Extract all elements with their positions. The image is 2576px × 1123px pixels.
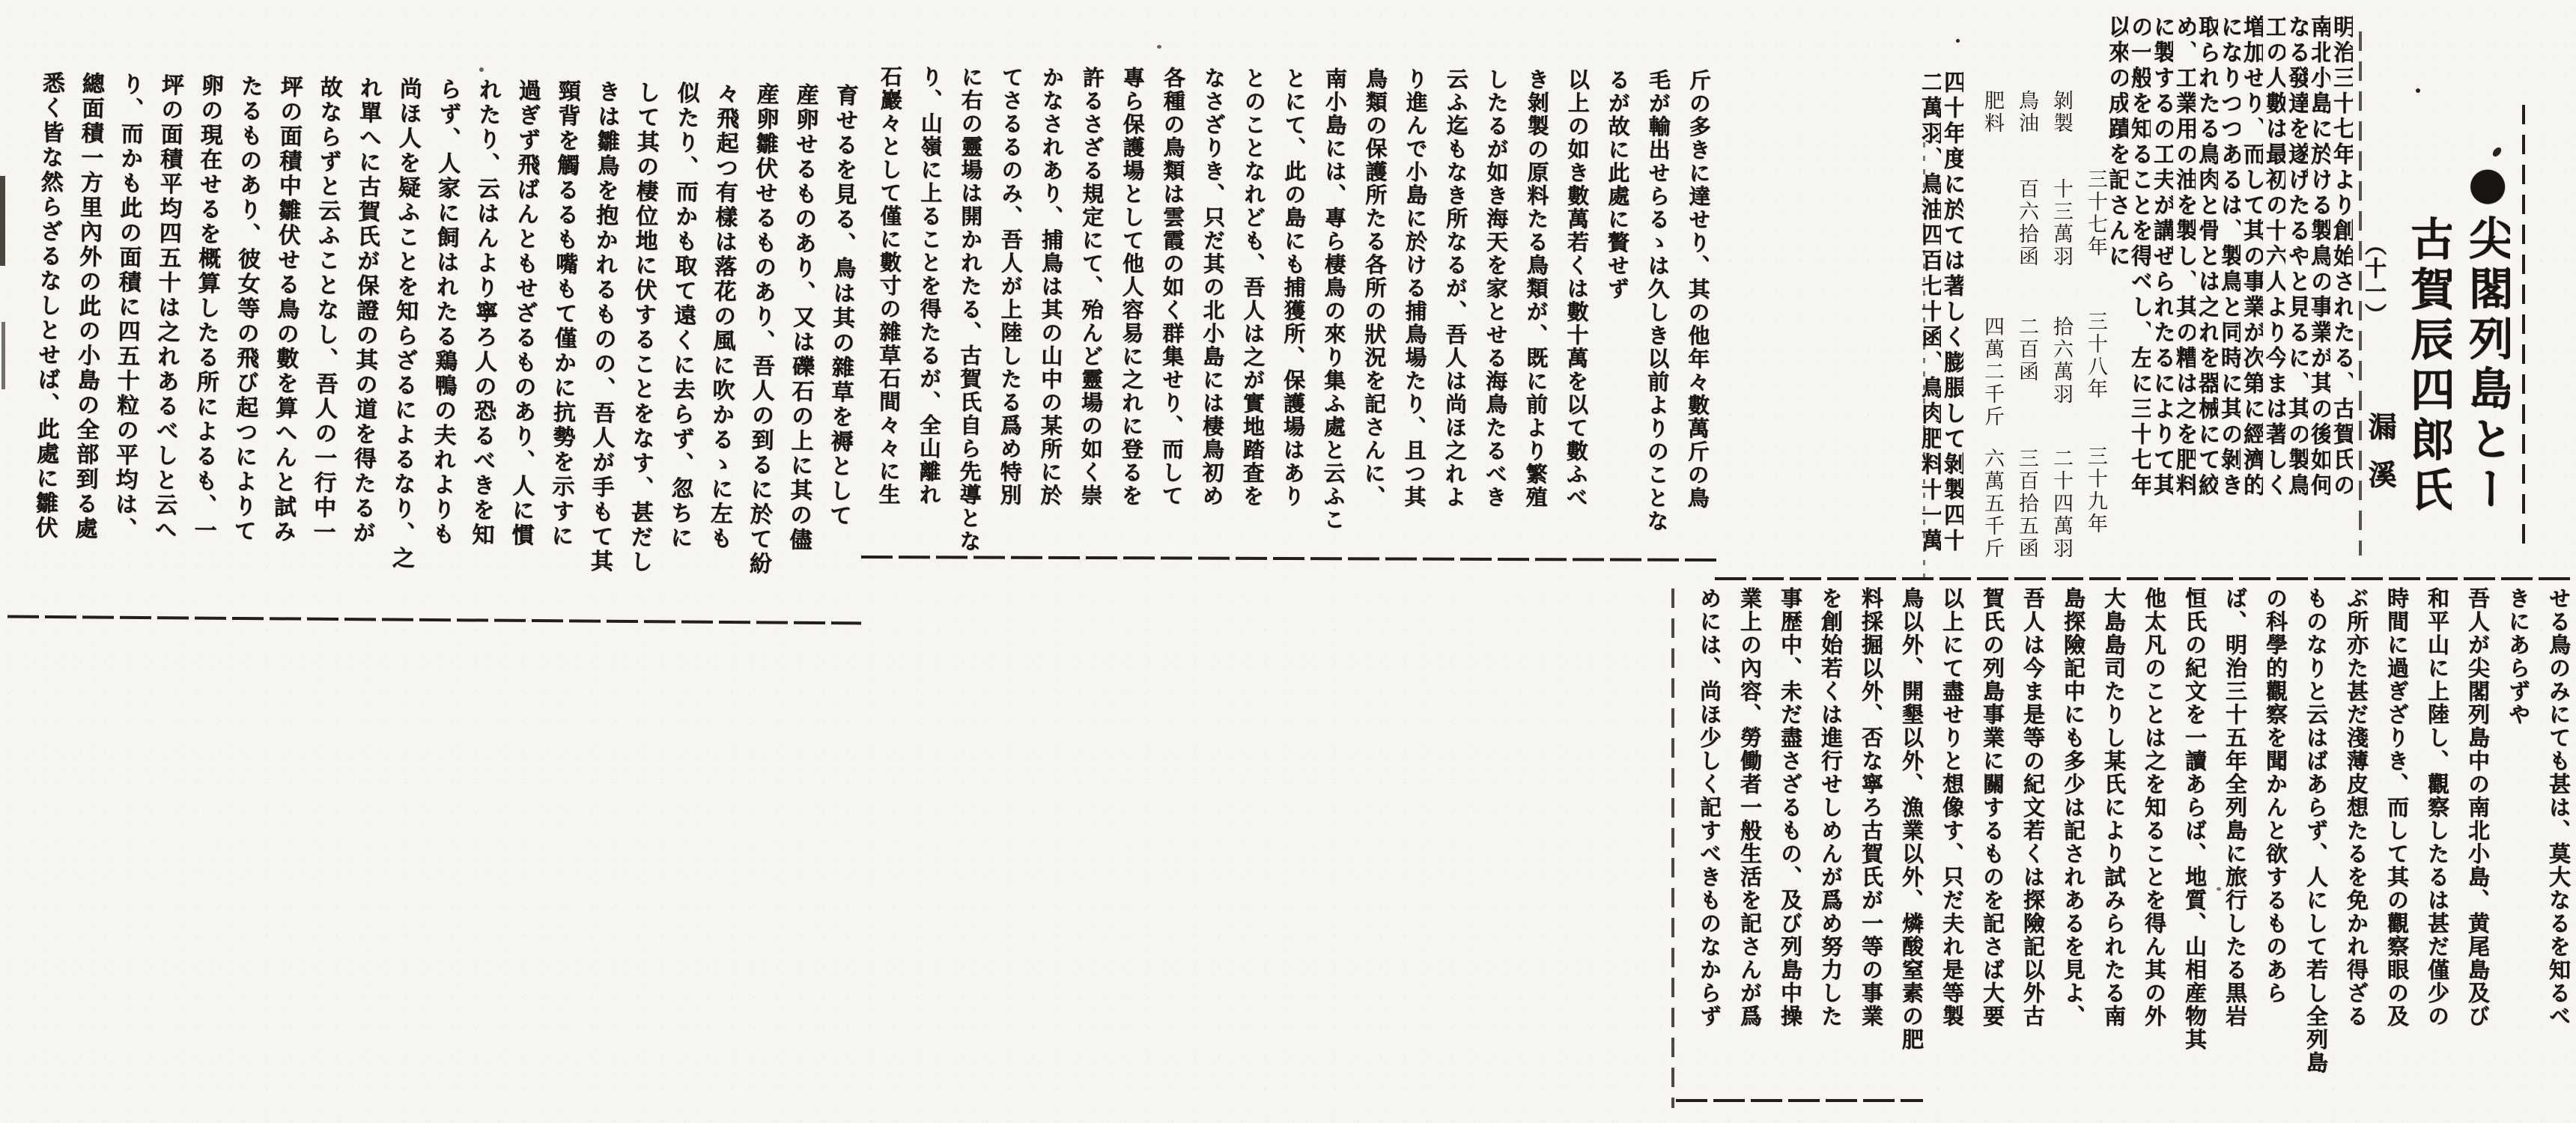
text-column: なさざりき、只だ其の北小島には棲鳥初め — [1187, 67, 1230, 559]
left-bottom-rule — [7, 615, 861, 625]
text-column: 石巖々として僅に數寸の雜草石間々々に生 — [863, 65, 906, 558]
lower-block-top-rule — [1715, 577, 2576, 580]
text-column: 南小島には、專ら棲鳥の來り集ふ處と云ふこ — [1308, 67, 1351, 560]
left-text-block: 育せるを見る、鳥は其の雜草を褥として産卵せるものあり、又は礫石の上に其の儘産卵雛… — [5, 70, 861, 617]
text-column: ぶ所亦た甚だ淺薄皮想たるを免かれ得ざる — [2332, 587, 2372, 1101]
stats-year: 三十八年 — [2071, 311, 2106, 401]
text-column: るが故に此處に贅せず — [1591, 68, 1634, 561]
text-column: り、山嶺に上ることを得たるが、全山離れ — [904, 65, 947, 558]
text-column: 時間に過ぎざりき、而して其の觀察眼の及 — [2372, 587, 2413, 1101]
stats-cell: 六萬五千斤 — [1968, 448, 2002, 560]
stats-cell: 拾六萬羽 — [2037, 316, 2071, 406]
text-column: の科學的觀察を聞かんと欲するものあら — [2251, 587, 2291, 1101]
stats-cell: 百六拾函 — [2002, 178, 2037, 268]
text-column: 毛が輸出せらるゝは久しき以前よりのことな — [1632, 69, 1674, 561]
lead-columns: 明治三十七年より創始されたる、古賀氏の南北小島に於ける製鳥の事業が其の後如何なる… — [2106, 15, 2353, 572]
ink-speck — [1956, 39, 1960, 43]
lower-block-left-rule — [1671, 588, 1674, 1108]
scan-edge-streak — [1, 322, 5, 389]
text-column: 業上の內容、勞働者一般生活を記さんが爲 — [1725, 587, 1766, 1101]
text-column: きにあらずや — [2494, 587, 2534, 1101]
stats-cell: 鳥油 — [2002, 90, 2037, 135]
lead-text-block: 明治三十七年より創始されたる、古賀氏の南北小島に於ける製鳥の事業が其の後如何なる… — [1694, 15, 2353, 572]
text-column: 大島島司たりし某氏により試みられたる南 — [2089, 587, 2130, 1101]
title-right-dashed-rule — [2522, 105, 2525, 554]
stats-cell: 三百拾五函 — [2002, 448, 2037, 560]
ink-speck — [1157, 45, 1161, 49]
stats-year-column: 三十七年三十八年三十九年 — [2071, 15, 2106, 572]
text-column: 許るさざる規定にて、殆んど靈場の如く崇 — [1066, 66, 1108, 559]
ink-speck — [2217, 887, 2221, 891]
text-column: ば、明治三十五年全列島に旅行したる黒岩 — [2211, 587, 2251, 1101]
text-column: 料採掘以外、否な寧ろ古賀氏が一等の事業 — [1847, 587, 1887, 1101]
stats-cell: 十三萬羽 — [2037, 178, 2071, 268]
text-column: 増加せり、而して其の事業が次第に經濟的 — [2241, 15, 2263, 572]
text-column: り進んで小島に於ける捕鳥場たり、且つ其 — [1389, 67, 1432, 560]
lower-block-bottom-rule — [1676, 1099, 1923, 1102]
text-column: めには、尚ほ少しく記すべきものなからず — [1685, 587, 1725, 1101]
ink-speck — [2491, 146, 2503, 159]
text-column: 二萬羽、鳥油四百七十函、鳥肉肥料十一萬 — [1919, 70, 1941, 572]
text-column: ものなりと云はばあらず、人にして若し全列島 — [2291, 587, 2332, 1101]
text-column: き剝製の原料たる鳥類が、既に前より繁殖 — [1510, 68, 1553, 561]
text-column: 取られたる鳥肉と骨とは之れを器械にて絞 — [2196, 15, 2218, 572]
stats-cell: 二十四萬羽 — [2037, 448, 2071, 560]
text-column: 島探險記中にも多少は記されあるを見よ、 — [2049, 587, 2089, 1101]
text-column: 以上にて盡せりと想像す、只だ夫れ是等製 — [1928, 587, 1968, 1101]
stats-year: 三十七年 — [2071, 168, 2106, 258]
text-column: に製するの工夫が講ぜられたるによりて其 — [2151, 15, 2173, 572]
stats-cell: 肥料 — [1968, 90, 2002, 135]
text-column: なる發達を遂げたるやと見るに、其の製鳥 — [2285, 15, 2308, 572]
text-column: 吾人は今ま是等の紀文若くは探險記以外古 — [2008, 587, 2049, 1101]
middle-text-block: 斤の多きに達せり、其の他年々數萬斤の鳥毛が輸出せらるゝは久しき以前よりのことなる… — [859, 65, 1715, 561]
stats-table: 三十七年三十八年三十九年 剝製十三萬羽拾六萬羽二十四萬羽 鳥油百六拾函二百函三百… — [1963, 15, 2106, 572]
text-column: 工の人數は最初の十六人より今まは著しく — [2263, 15, 2285, 572]
scanned-newspaper-page: { "colors": {"paper": "#f7f5ef", "ink": … — [0, 0, 2576, 1123]
text-column: 云ふ迄もなき所なるが、吾人は尚ほ之れよ — [1430, 67, 1472, 560]
text-column: に右の靈場は開かれたる、古賀氏自ら先導とな — [944, 66, 987, 559]
text-column: したるが如き海天を家とせる海鳥たるべき — [1470, 68, 1513, 561]
text-column: 鳥以外、開墾以外、漁業以外、燐酸窒素の肥 — [1887, 587, 1928, 1101]
post-table-columns: 四十年度に於ては著しく膨脹して剝製四十二萬羽、鳥油四百七十函、鳥肉肥料十一萬 — [1919, 70, 1963, 572]
text-column: め、工業用の油を製し、其の糟は之を肥料 — [2173, 15, 2196, 572]
text-column: 和平山に上陸し、觀察したるは甚だ僅少の — [2413, 587, 2453, 1101]
scan-edge-streak — [0, 176, 5, 266]
text-column: 各種の鳥類は雲霞の如く群集せり、而して — [1146, 67, 1189, 559]
text-column: かなされあり、捕鳥は其の山中の某所に於 — [1025, 66, 1068, 559]
text-column: の一般を知ることを得べし、左に三十七年 — [2128, 15, 2151, 572]
stats-toriabura-column: 鳥油百六拾函二百函三百拾五函 — [2002, 15, 2037, 572]
text-column: 鳥類の保護所たる各所の狀況を記さんに、 — [1349, 67, 1391, 560]
text-column: とにて、此の島にも捕獲所、保護場はあり — [1268, 67, 1310, 559]
text-column: になりつつあるは、製鳥と同時に其の剝き — [2218, 15, 2241, 572]
text-column: 恒氏の紀文を一讀あらば、地質、山相産物其 — [2170, 587, 2211, 1101]
text-column: 以上の如き數萬若くは數十萬を以て數ふべ — [1551, 68, 1594, 561]
text-column: 四十年度に於ては著しく膨脹して剝製四十 — [1941, 70, 1963, 572]
stats-cell: 二百函 — [2002, 316, 2037, 383]
text-column: を創始若くは進行せしめんが爲め努力した — [1806, 587, 1847, 1101]
ink-speck — [479, 67, 484, 72]
stats-divider-rule — [1923, 142, 1925, 584]
stats-cell: 剝製 — [2037, 90, 2071, 135]
text-column: 明治三十七年より創始されたる、古賀氏の — [2330, 15, 2353, 572]
lower-text-block: せる鳥のみにても甚は、莫大なるを知るべきにあらずや吾人が尖閣列島中の南北小島、黄… — [1677, 587, 2575, 1101]
text-column: 事歴中、未だ盡さざるもの、及び列島中操 — [1766, 587, 1806, 1101]
text-column: 育せるを見る、鳥は其の雜草を褥として — [813, 83, 861, 617]
text-column: 以來の成蹟を記さんに — [2106, 15, 2128, 572]
text-column: 吾人が尖閣列島中の南北小島、黄尾島及び — [2453, 587, 2494, 1101]
byline: 漏溪 — [2363, 412, 2401, 539]
stats-hakusei-column: 剝製十三萬羽拾六萬羽二十四萬羽 — [2037, 15, 2071, 572]
text-column: 他太凡のことは之を知ることを得ん其の外 — [2130, 587, 2170, 1101]
stats-year: 三十九年 — [2071, 445, 2106, 535]
text-column: せる鳥のみにても甚は、莫大なるを知るべ — [2534, 587, 2575, 1101]
installment-number: （十一） — [2356, 234, 2390, 376]
article-title-line2: 古賀辰四郎氏 — [2395, 216, 2452, 530]
text-column: とのことなれども、吾人は之が實地踏査を — [1227, 67, 1270, 559]
text-column: 賀氏の列島事業に關するものを記さば大要 — [1968, 587, 2008, 1101]
text-column: 南北小島に於ける製鳥の事業が其の後如何 — [2308, 15, 2330, 572]
stats-cell: 四萬二千斤 — [1968, 316, 2002, 428]
article-title-line1: ●尖閣列島とー — [2450, 157, 2510, 517]
text-column: 斤の多きに達せり、其の他年々數萬斤の鳥 — [1672, 69, 1715, 561]
ink-speck — [2416, 88, 2420, 93]
stats-hiryo-column: 肥料四萬二千斤六萬五千斤 — [1968, 15, 2002, 572]
text-column: 專ら保護場として他人容易に之れに登るを — [1106, 66, 1149, 559]
text-column: てさるるのみ、吾人が上陸したる爲め特別 — [985, 66, 1027, 559]
